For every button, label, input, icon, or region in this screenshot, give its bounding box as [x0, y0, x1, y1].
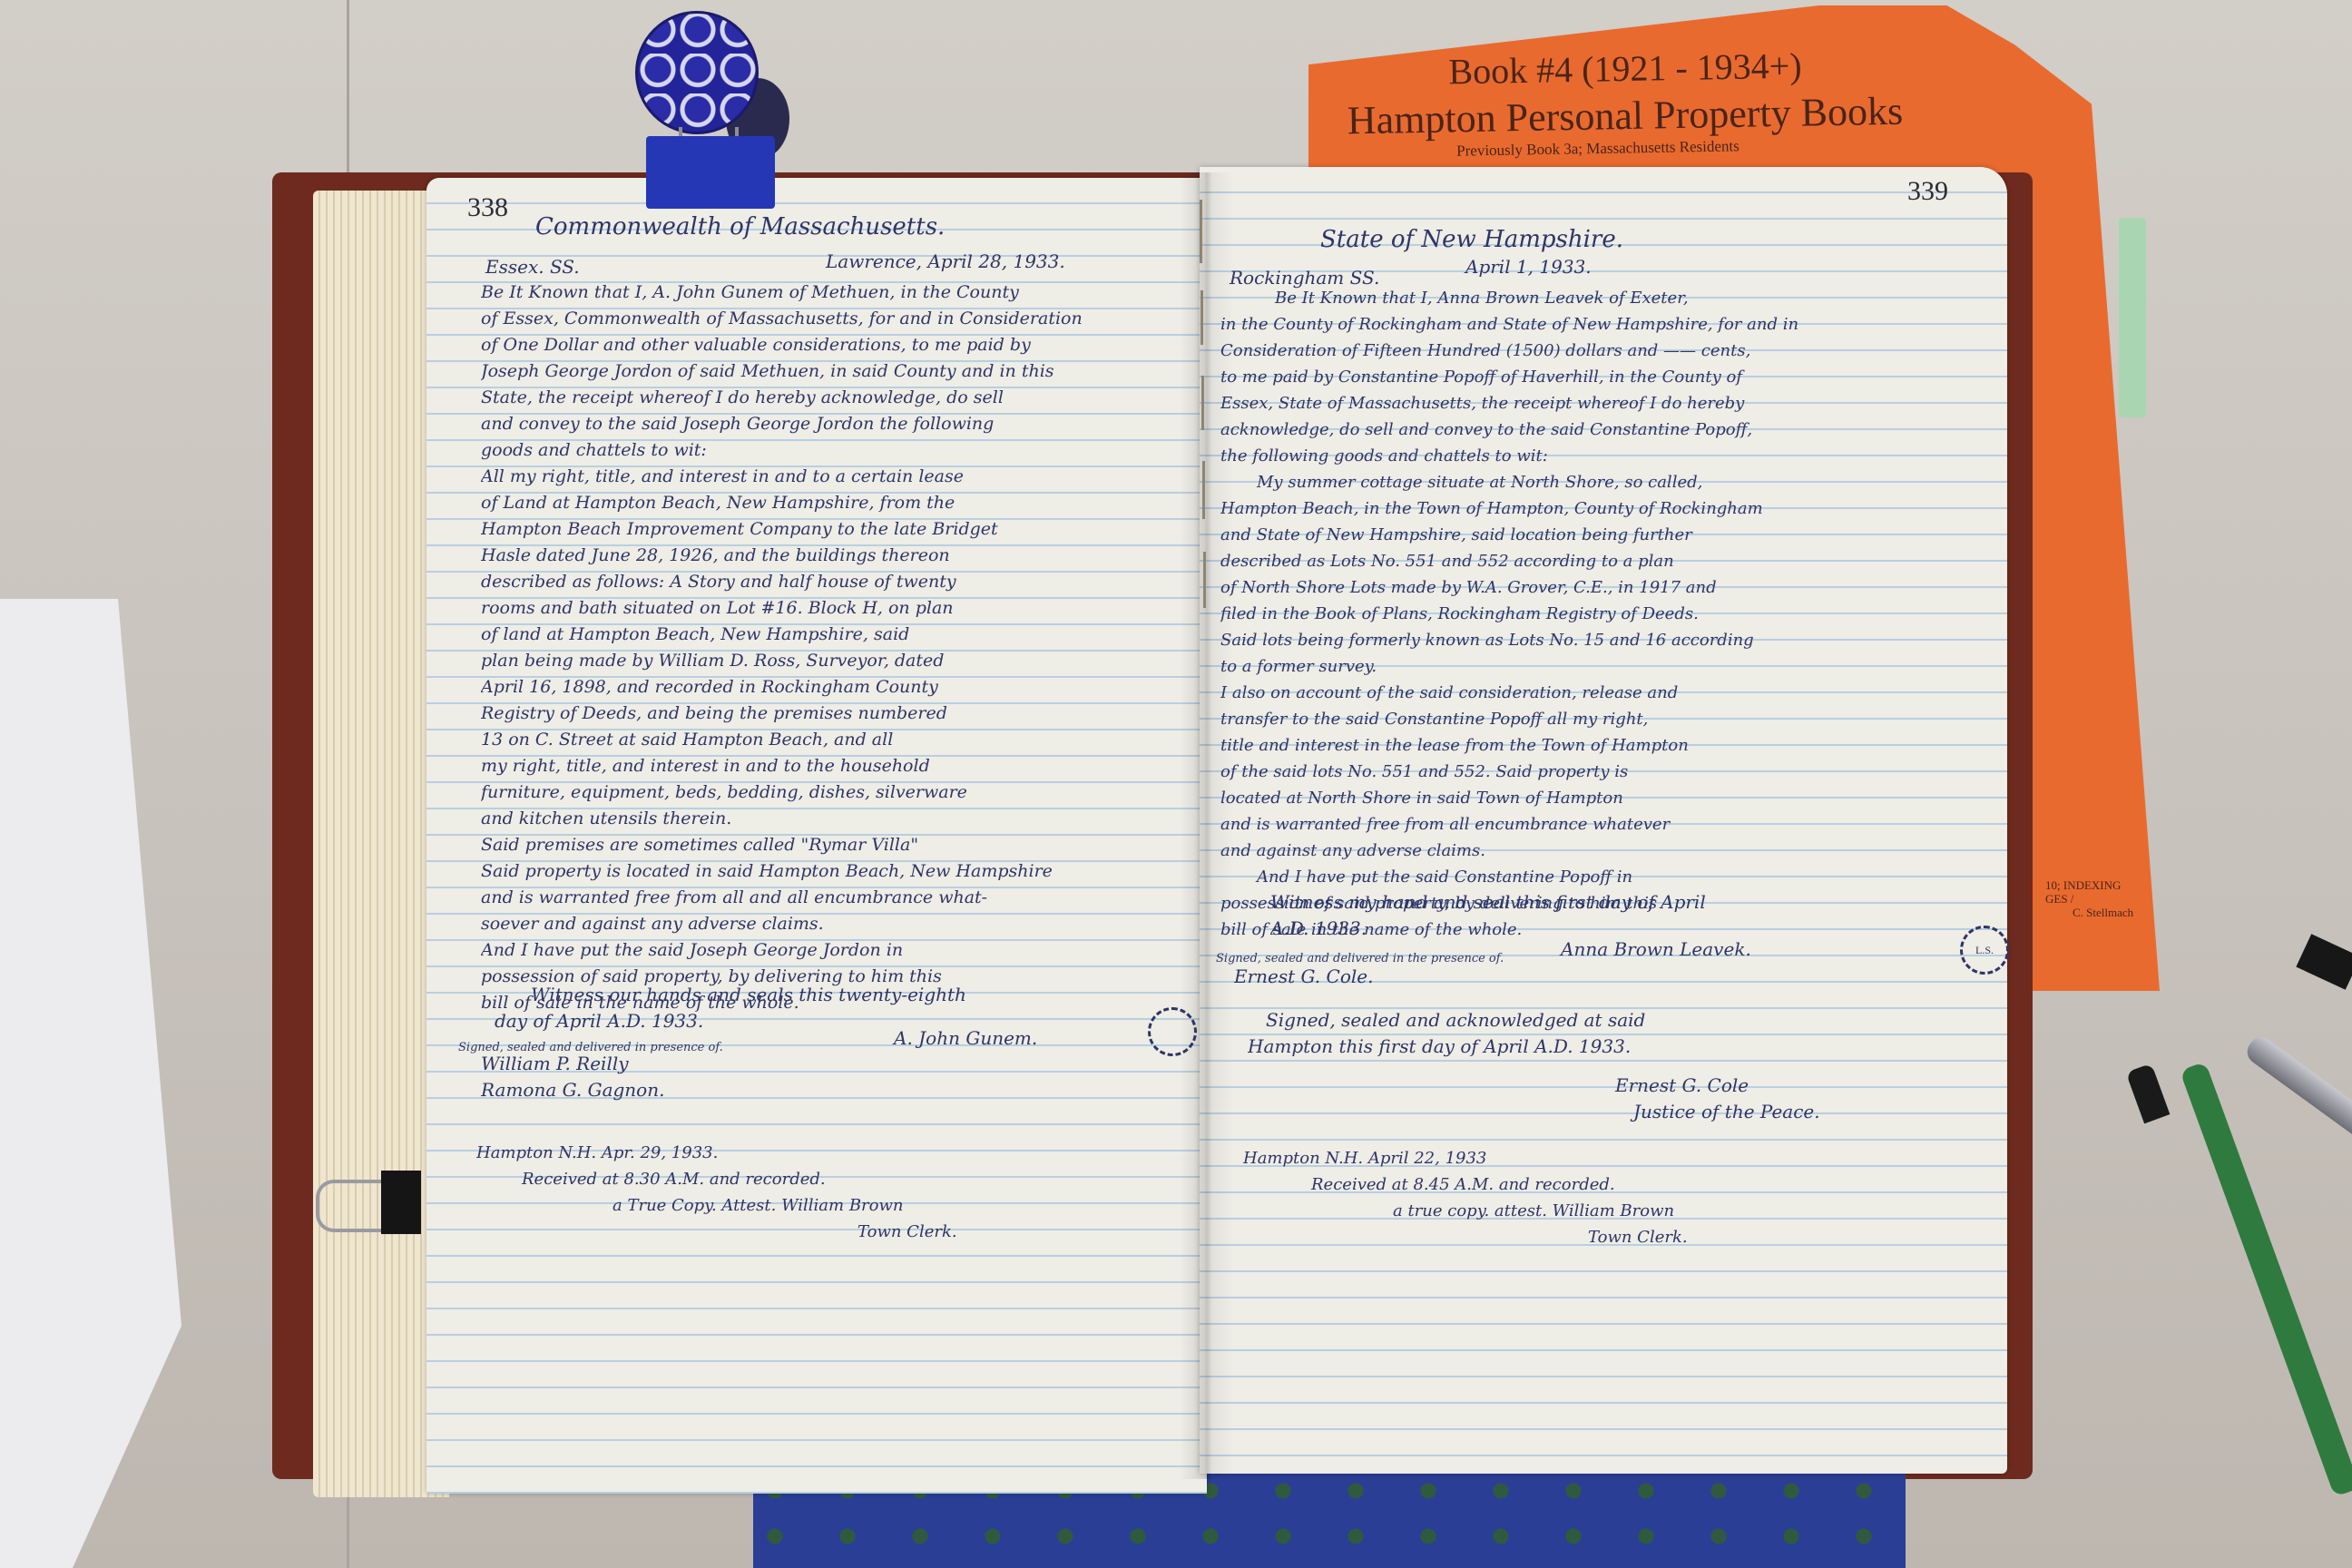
body-line: Consideration of Fifteen Hundred (1500) … [1220, 338, 1798, 364]
left-page-place-date: Lawrence, April 28, 1933. [826, 249, 1065, 275]
body-line: furniture, equipment, beds, bedding, dis… [481, 779, 1083, 806]
body-line: to me paid by Constantine Popoff of Have… [1220, 364, 1798, 390]
binding-stitch [1201, 376, 1204, 430]
body-line: I also on account of the said considerat… [1220, 680, 1798, 706]
body-line: and is warranted free from all encumbran… [1220, 811, 1798, 838]
body-line: Said lots being formerly known as Lots N… [1220, 627, 1798, 653]
record-line: Town Clerk. [1243, 1224, 1688, 1250]
cover-footer: 10; INDEXING GES / C. Stellmach [2045, 878, 2133, 919]
body-line: All my right, title, and interest in and… [481, 464, 1083, 490]
body-line: of Land at Hampton Beach, New Hampshire,… [481, 490, 1083, 516]
body-line: Be It Known that I, A. John Gunem of Met… [481, 279, 1083, 306]
body-line: of North Shore Lots made by W.A. Grover,… [1220, 574, 1798, 601]
ack-line: Hampton this first day of April A.D. 193… [1248, 1034, 1645, 1060]
record-line: a true copy. attest. William Brown [1243, 1198, 1688, 1224]
black-binder-clip [381, 1171, 421, 1234]
body-line: Joseph George Jordon of said Methuen, in… [481, 358, 1083, 385]
cover-footer-line2: GES / [2045, 892, 2133, 906]
body-line: soever and against any adverse claims. [481, 911, 1083, 937]
body-line: April 16, 1898, and recorded in Rockingh… [481, 674, 1083, 701]
left-page-signature: A. John Gunem. [894, 1025, 1037, 1052]
body-line: in the County of Rockingham and State of… [1220, 311, 1798, 338]
right-page-heading: State of New Hampshire. [1320, 227, 1623, 253]
body-line: Hampton Beach Improvement Company to the… [481, 516, 1083, 543]
body-line: transfer to the said Constantine Popoff … [1220, 706, 1798, 732]
body-line: my right, title, and interest in and to … [481, 753, 1083, 779]
body-line: described as follows: A Story and half h… [481, 569, 1083, 595]
right-page-witnesses: Ernest G. Cole. [1234, 964, 1373, 990]
body-line: And I have put the said Joseph George Jo… [481, 937, 1083, 964]
body-line: and kitchen utensils therein. [481, 806, 1083, 832]
witness-name: Ernest G. Cole. [1234, 964, 1373, 990]
justice-line: Justice of the Peace. [1597, 1099, 1820, 1125]
witness-name: William P. Reilly [481, 1051, 664, 1077]
body-line: Essex, State of Massachusetts, the recei… [1220, 390, 1798, 416]
binding-stitch [1200, 290, 1203, 345]
body-line: the following goods and chattels to wit: [1220, 443, 1798, 469]
left-page-record: Hampton N.H. Apr. 29, 1933. Received at … [476, 1140, 957, 1245]
ack-line: Signed, sealed and acknowledged at said [1248, 1007, 1645, 1034]
right-page-number: 339 [1907, 176, 1948, 207]
record-line: Town Clerk. [476, 1219, 957, 1245]
right-page-acknowledgement: Signed, sealed and acknowledged at said … [1248, 1007, 1645, 1060]
body-line: goods and chattels to wit: [481, 437, 1083, 464]
body-line: of One Dollar and other valuable conside… [481, 332, 1083, 358]
body-line: acknowledge, do sell and convey to the s… [1220, 416, 1798, 443]
body-line: described as Lots No. 551 and 552 accord… [1220, 548, 1798, 574]
body-line: Hasle dated June 28, 1926, and the build… [481, 543, 1083, 569]
cover-footer-author: C. Stellmach [2045, 906, 2133, 919]
witness-line: Witness my hand and seal this first day … [1270, 889, 1706, 916]
body-line: My summer cottage situate at North Shore… [1220, 469, 1798, 495]
left-page-county: Essex. SS. [485, 254, 580, 280]
record-line: Hampton N.H. April 22, 1933 [1243, 1145, 1688, 1171]
blue-binder-clip [646, 136, 775, 209]
binding-stitch [1203, 552, 1206, 608]
right-page-witness: Witness my hand and seal this first day … [1270, 889, 1706, 942]
body-line: rooms and bath situated on Lot #16. Bloc… [481, 595, 1083, 622]
left-page-heading: Commonwealth of Massachusetts. [535, 214, 945, 240]
body-line: to a former survey. [1220, 653, 1798, 680]
body-line: of Essex, Commonwealth of Massachusetts,… [481, 306, 1083, 332]
left-page-witnesses: William P. Reilly Ramona G. Gagnon. [481, 1051, 664, 1103]
body-line: Said property is located in said Hampton… [481, 858, 1083, 885]
right-page-record: Hampton N.H. April 22, 1933 Received at … [1243, 1145, 1688, 1250]
witness-name: Ramona G. Gagnon. [481, 1077, 664, 1103]
right-page-body: Be It Known that I, Anna Brown Leavek of… [1220, 285, 1798, 943]
body-line: of the said lots No. 551 and 552. Said p… [1220, 759, 1798, 785]
left-page-seal-icon [1148, 1007, 1197, 1056]
record-line: Received at 8.45 A.M. and recorded. [1243, 1171, 1688, 1198]
right-page-justice: Ernest G. Cole Justice of the Peace. [1597, 1073, 1820, 1125]
body-line: located at North Shore in said Town of H… [1220, 785, 1798, 811]
right-page-signature: Anna Brown Leavek. [1561, 936, 1751, 963]
body-line: and is warranted free from all and all e… [481, 885, 1083, 911]
body-line: title and interest in the lease from the… [1220, 732, 1798, 759]
body-line: State, the receipt whereof I do hereby a… [481, 385, 1083, 411]
green-tab-sheet [2119, 218, 2146, 417]
left-page-number: 338 [467, 192, 508, 223]
binding-stitch [1200, 200, 1202, 263]
body-line: and convey to the said Joseph George Jor… [481, 411, 1083, 437]
right-page-seal-icon: L.S. [1960, 926, 2009, 975]
body-line: filed in the Book of Plans, Rockingham R… [1220, 601, 1798, 627]
record-line: Received at 8.30 A.M. and recorded. [476, 1166, 957, 1192]
record-line: a True Copy. Attest. William Brown [476, 1192, 957, 1219]
body-line: Be It Known that I, Anna Brown Leavek of… [1220, 285, 1798, 311]
body-line: 13 on C. Street at said Hampton Beach, a… [481, 727, 1083, 753]
body-line: Registry of Deeds, and being the premise… [481, 701, 1083, 727]
body-line: and State of New Hampshire, said locatio… [1220, 522, 1798, 548]
witness-line: Witness our hands and seals this twenty-… [495, 982, 966, 1008]
body-line: Hampton Beach, in the Town of Hampton, C… [1220, 495, 1798, 522]
body-line: of land at Hampton Beach, New Hampshire,… [481, 622, 1083, 648]
patterned-magnet-icon [635, 11, 759, 134]
body-line: plan being made by William D. Ross, Surv… [481, 648, 1083, 674]
right-page-place-date: April 1, 1933. [1465, 254, 1592, 280]
body-line: And I have put the said Constantine Popo… [1220, 864, 1798, 890]
left-page-body: Be It Known that I, A. John Gunem of Met… [481, 279, 1083, 1016]
justice-line: Ernest G. Cole [1597, 1073, 1820, 1099]
body-line: Said premises are sometimes called "Ryma… [481, 832, 1083, 858]
body-line: and against any adverse claims. [1220, 838, 1798, 864]
binding-stitch [1202, 461, 1205, 519]
cover-footer-line1: 10; INDEXING [2045, 878, 2133, 892]
record-line: Hampton N.H. Apr. 29, 1933. [476, 1140, 957, 1166]
